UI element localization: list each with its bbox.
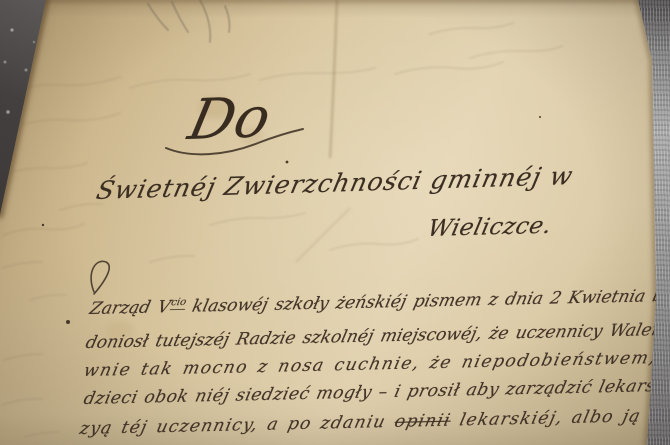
salutation-line-2: Wieliczce. xyxy=(425,213,554,242)
body-line-2: doniosł tutejszéj Radzie szkolnéj miejsc… xyxy=(84,318,670,353)
body-line-1: Zarząd Vcio klasowéj szkoły żeńskiéj pis… xyxy=(88,284,670,319)
paper-sheet: Do Świetnéj Zwierzchności gminnéj w Wiel… xyxy=(0,0,670,445)
zarzad-flourish xyxy=(91,261,109,294)
body-line-5-pre: zyą téj uczennicy, a po zdaniu xyxy=(78,412,397,439)
body-line-5: zyą téj uczennicy, a po zdaniu opinii le… xyxy=(78,405,670,439)
letter-heading: Do xyxy=(183,85,276,153)
body-line-5-post: lekarskiéj, albo ją zupeł xyxy=(448,405,670,431)
body-line-1-rest: klasowéj szkoły żeńskiéj pismem z dnia 2… xyxy=(183,284,670,316)
body-line-4: dzieci obok niéj siedzieć mogły – i pros… xyxy=(82,374,670,409)
photo-of-letter: Do Świetnéj Zwierzchności gminnéj w Wiel… xyxy=(0,0,670,445)
pencil-marks xyxy=(148,0,230,42)
fold-crease xyxy=(296,0,350,262)
body-line-3: wnie tak mocno z nosa cuchnie, że niepod… xyxy=(82,346,670,381)
body-line-1-text: Zarząd V xyxy=(88,297,173,319)
struck-word: opinii xyxy=(393,411,453,432)
salutation-line-1: Świetnéj Zwierzchności gminnéj w xyxy=(94,161,576,205)
